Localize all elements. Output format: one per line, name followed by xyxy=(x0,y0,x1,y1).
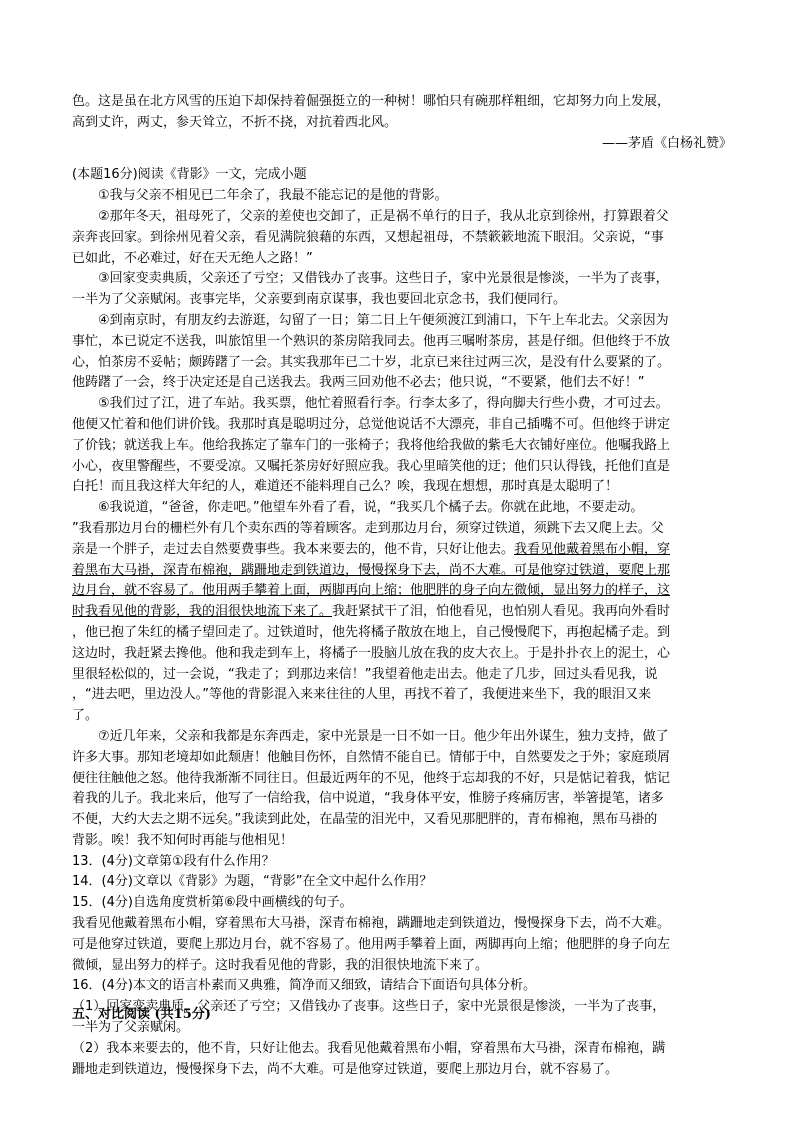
question-text: 16．(4分)本文的语言朴素而又典雅，简净而又细致，请结合下面语句具体分析。 xyxy=(72,976,732,997)
text-run: 里很轻松似的，过一会说，“我走了；到那边来信！”我望着他走出去。他走了几步，回过… xyxy=(72,667,657,682)
paragraph-line: 许多大事。那知老境却如此颓唐！他触目伤怀，自然情不能自已。情郁于中，自然要发之于… xyxy=(72,748,732,769)
document-page: 色。这是虽在北方风雪的压迫下却保持着倔强挺立的一种树！哪怕只有碗那样粗细，它却努… xyxy=(72,92,732,1080)
paragraph-line: ①我与父亲不相见已二年余了，我最不能忘记的是他的背影。 xyxy=(72,186,732,207)
paragraph-line: 背影。唉！我不知何时再能与他相见！ xyxy=(72,831,732,852)
text-run: ，他已抱了朱红的橘子望回走了。过铁道时，他先将橘子散放在地上，自己慢慢爬下，再抱… xyxy=(72,625,670,640)
paragraph-line: 白托！而且我这样大年纪的人，难道还不能料理自己么？唉，我现在想想，那时真是太聪明… xyxy=(72,477,732,498)
paragraph-line: ，他已抱了朱红的橘子望回走了。过铁道时，他先将橘子散放在地上，自己慢慢爬下，再抱… xyxy=(72,623,732,644)
paragraph-line: 亲奔丧回家。到徐州见着父亲，看见满院狼藉的东西，又想起祖母，不禁簌簌地流下眼泪。… xyxy=(72,228,732,249)
quoted-sentence-line: 可是他穿过铁道，要爬上那边月台，就不容易了。他用两手攀着上面，两脚再向上缩；他肥… xyxy=(72,935,732,956)
paragraph-line: 了。 xyxy=(72,706,732,727)
paragraph-line: ，“进去吧，里边没人。”等他的背影混入来来往往的人里，再找不着了，我便进来坐下，… xyxy=(72,685,732,706)
paragraph-line: 时我看见他的背影，我的泪很快地流下来了。我赶紧拭干了泪，怕他看见，也怕别人看见。… xyxy=(72,602,732,623)
underlined-text: 我看见他戴着黑布小帽，穿 xyxy=(514,542,670,557)
question-block: (本题16分)阅读《背影》一文，完成小题 ①我与父亲不相见已二年余了，我最不能忘… xyxy=(72,165,732,1080)
paragraph-line: 已如此，不必难过，好在天无绝人之路！” xyxy=(72,249,732,270)
quoted-sentence-line: 微倾，显出努力的样子。这时我看见他的背影，我的泪很快地流下来了。 xyxy=(72,956,732,977)
paragraph-line: 了价钱；就送我上车。他给我拣定了靠车门的一张椅子；我将他给我做的紫毛大衣铺好座位… xyxy=(72,436,732,457)
question-text: 14．(4分)文章以《背影》为题，“背影”在全文中起什么作用？ xyxy=(72,872,732,893)
intro-line: 色。这是虽在北方风雪的压迫下却保持着倔强挺立的一种树！哪怕只有碗那样粗细，它却努… xyxy=(72,92,732,113)
underlined-text: 着黑布大马褂，深青布棉袍，蹒跚地走到铁道边，慢慢探身下去，尚不大难。可是他穿过铁… xyxy=(72,563,670,578)
paragraph-line: 着我的儿子。我北来后，他写了一信给我，信中说道，“我身体平安，惟膀子疼痛厉害，举… xyxy=(72,789,732,810)
text-run: 了。 xyxy=(72,708,98,723)
paragraph-line: 里很轻松似的，过一会说，“我走了；到那边来信！”我望着他走出去。他走了几步，回过… xyxy=(72,665,732,686)
intro-line: 高到丈许，两丈，参天耸立，不折不挠，对抗着西北风。 xyxy=(72,113,732,134)
underlined-text: 边月台，就不容易了。他用两手攀着上面，两脚再向上缩；他肥胖的身子向左微倾，显出努… xyxy=(72,583,670,598)
paragraph-4: ④到南京时，有朋友约去游逛，勾留了一日；第二日上午便须渡江到浦口，下午上车北去。… xyxy=(72,311,732,394)
paragraph-line: 亲是一个胖子，走过去自然要费事些。我本来要去的，他不肯，只好让他去。我看见他戴着… xyxy=(72,540,732,561)
paragraph-line: 他便又忙着和他们讲价钱。我那时真是聪明过分，总觉他说话不大漂亮，非自己插嘴不可。… xyxy=(72,415,732,436)
paragraph-line: 心，怕茶房不妥帖；颇踌躇了一会。其实我那年已二十岁，北京已来往过两三次，是没有什… xyxy=(72,353,732,374)
paragraph-5: ⑤我们过了江，进了车站。我买票，他忙着照看行李。行李太多了，得向脚夫行些小费，才… xyxy=(72,394,732,498)
spacer xyxy=(72,154,732,165)
reading-passage: ①我与父亲不相见已二年余了，我最不能忘记的是他的背影。②那年冬天，祖母死了，父亲… xyxy=(72,186,732,852)
text-run: ，“进去吧，里边没人。”等他的背影混入来来往往的人里，再找不着了，我便进来坐下，… xyxy=(72,687,651,702)
question-text: 15．(4分)自选角度赏析第⑥段中画横线的句子。 xyxy=(72,893,732,914)
question-header: (本题16分)阅读《背影》一文，完成小题 xyxy=(72,165,732,186)
paragraph-6: ⑥我说道，“爸爸，你走吧。”他望车外看了看，说，“我买几个橘子去。你就在此地，不… xyxy=(72,498,732,727)
text-run: 这边时，我赶紧去搀他。他和我走到车上，将橘子一股脑儿放在我的皮大衣上。于是扑扑衣… xyxy=(72,646,670,661)
text-run: ”我看那边月台的栅栏外有几个卖东西的等着顾客。走到那边月台，须穿过铁道，须跳下去… xyxy=(72,521,664,536)
text-run: ⑥我说道，“爸爸，你走吧。”他望车外看了看，说，“我买几个橘子去。你就在此地，不… xyxy=(98,500,643,515)
attribution: ——茅盾《白杨礼赞》 xyxy=(72,134,732,155)
sub-item-line: 跚地走到铁道边，慢慢探身下去，尚不大难。可是他穿过铁道，要爬上那边月台，就不容易… xyxy=(72,1060,732,1081)
question-list: 13．(4分)文章第①段有什么作用？14．(4分)文章以《背影》为题，“背影”在… xyxy=(72,852,732,1081)
paragraph-line: 他踌躇了一会，终于决定还是自己送我去。我两三回劝他不必去；他只说，“不要紧，他们… xyxy=(72,373,732,394)
text-run: 亲是一个胖子，走过去自然要费事些。我本来要去的，他不肯，只好让他去。 xyxy=(72,542,514,557)
quoted-sentence-line: 我看见他戴着黑布小帽，穿着黑布大马褂，深青布棉袍，蹒跚地走到铁道边，慢慢探身下去… xyxy=(72,914,732,935)
paragraph-line: ④到南京时，有朋友约去游逛，勾留了一日；第二日上午便须渡江到浦口，下午上车北去。… xyxy=(72,311,732,332)
paragraph-line: 事忙，本已说定不送我，叫旅馆里一个熟识的茶房陪我同去。他再三嘱咐茶房，甚是仔细。… xyxy=(72,332,732,353)
text-run: 我赶紧拭干了泪，怕他看见，也怕别人看见。我再向外看时 xyxy=(332,604,670,619)
sub-item-line: （2）我本来要去的，他不肯，只好让他去。我看见他戴着黑布小帽，穿着黑布大马褂，深… xyxy=(72,1039,732,1060)
paragraph-line: 一半为了父亲赋闲。丧事完毕，父亲要到南京谋事，我也要回北京念书，我们便同行。 xyxy=(72,290,732,311)
paragraph-line: 便往往触他之怒。他待我渐渐不同往日。但最近两年的不见，他终于忘却我的不好，只是惦… xyxy=(72,769,732,790)
paragraph-2: ②那年冬天，祖母死了，父亲的差使也交卸了，正是祸不单行的日子，我从北京到徐州，打… xyxy=(72,207,732,269)
question-16: 16．(4分)本文的语言朴素而又典雅，简净而又细致，请结合下面语句具体分析。（1… xyxy=(72,976,732,1080)
paragraph-1: ①我与父亲不相见已二年余了，我最不能忘记的是他的背影。 xyxy=(72,186,732,207)
paragraph-line: 边月台，就不容易了。他用两手攀着上面，两脚再向上缩；他肥胖的身子向左微倾，显出努… xyxy=(72,581,732,602)
paragraph-line: ⑦近几年来，父亲和我都是东奔西走，家中光景是一日不如一日。他少年出外谋生，独力支… xyxy=(72,727,732,748)
paragraph-line: ③回家变卖典质，父亲还了亏空；又借钱办了丧事。这些日子，家中光景很是惨淡，一半为… xyxy=(72,269,732,290)
question-14: 14．(4分)文章以《背影》为题，“背影”在全文中起什么作用？ xyxy=(72,872,732,893)
paragraph-line: ⑥我说道，“爸爸，你走吧。”他望车外看了看，说，“我买几个橘子去。你就在此地，不… xyxy=(72,498,732,519)
paragraph-line: ②那年冬天，祖母死了，父亲的差使也交卸了，正是祸不单行的日子，我从北京到徐州，打… xyxy=(72,207,732,228)
paragraph-7: ⑦近几年来，父亲和我都是东奔西走，家中光景是一日不如一日。他少年出外谋生，独力支… xyxy=(72,727,732,852)
question-15: 15．(4分)自选角度赏析第⑥段中画横线的句子。我看见他戴着黑布小帽，穿着黑布大… xyxy=(72,893,732,976)
question-13: 13．(4分)文章第①段有什么作用？ xyxy=(72,852,732,873)
intro-passage: 色。这是虽在北方风雪的压迫下却保持着倔强挺立的一种树！哪怕只有碗那样粗细，它却努… xyxy=(72,92,732,154)
question-text: 13．(4分)文章第①段有什么作用？ xyxy=(72,852,732,873)
section-title: 五、对比阅读 (共15分) xyxy=(72,1003,211,1022)
paragraph-line: 不便，大约大去之期不远矣。”我读到此处，在晶莹的泪光中，又看见那肥胖的，青布棉袍… xyxy=(72,810,732,831)
underlined-text: 时我看见他的背影，我的泪很快地流下来了。 xyxy=(72,604,332,619)
paragraph-line: 小心，夜里警醒些，不要受凉。又嘱托茶房好好照应我。我心里暗笑他的迂；他们只认得钱… xyxy=(72,457,732,478)
paragraph-line: 着黑布大马褂，深青布棉袍，蹒跚地走到铁道边，慢慢探身下去，尚不大难。可是他穿过铁… xyxy=(72,561,732,582)
paragraph-3: ③回家变卖典质，父亲还了亏空；又借钱办了丧事。这些日子，家中光景很是惨淡，一半为… xyxy=(72,269,732,311)
paragraph-line: ”我看那边月台的栅栏外有几个卖东西的等着顾客。走到那边月台，须穿过铁道，须跳下去… xyxy=(72,519,732,540)
paragraph-line: 这边时，我赶紧去搀他。他和我走到车上，将橘子一股脑儿放在我的皮大衣上。于是扑扑衣… xyxy=(72,644,732,665)
paragraph-line: ⑤我们过了江，进了车站。我买票，他忙着照看行李。行李太多了，得向脚夫行些小费，才… xyxy=(72,394,732,415)
